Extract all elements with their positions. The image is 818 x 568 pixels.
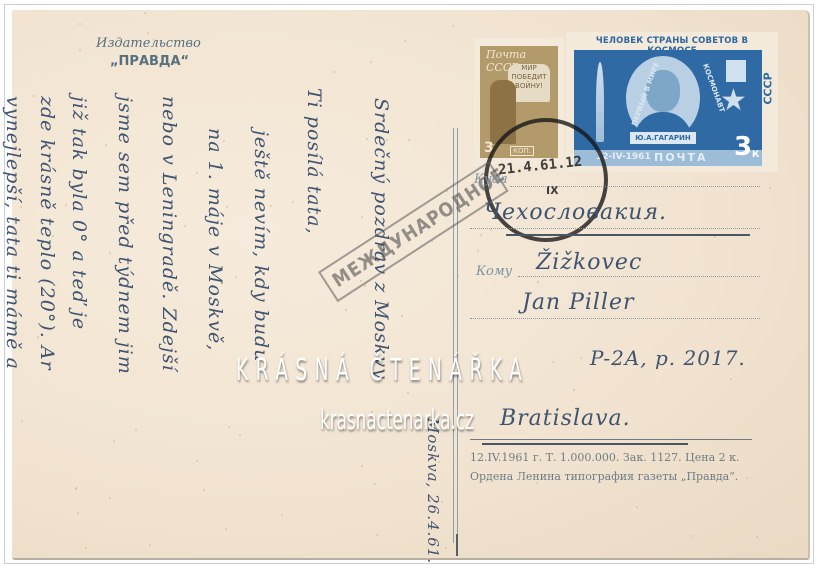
speck — [477, 250, 479, 252]
medal-ribbon-icon — [726, 60, 746, 82]
speck — [239, 434, 241, 436]
message-line: Ti posílá tata, — [303, 88, 325, 235]
speck — [445, 547, 447, 549]
divider-tick — [456, 534, 458, 556]
country-label: СССР — [762, 72, 775, 104]
speck — [235, 276, 237, 278]
gagarin-portrait — [626, 56, 700, 140]
message-line: ještě nevím, kdy budu — [250, 130, 272, 362]
message-line: vynejlepší, tata ti mámě a — [2, 96, 24, 370]
speck — [196, 172, 198, 174]
rocket-icon — [596, 62, 604, 142]
star-icon: ★ — [720, 86, 747, 116]
publisher-name: „ПРАВДА“ — [110, 54, 189, 69]
speck — [228, 426, 230, 428]
stamp-post-label: ПОЧТА — [654, 151, 707, 164]
panel-line: МИР — [508, 64, 550, 73]
speck — [756, 536, 758, 538]
speck — [408, 139, 410, 141]
speck — [361, 465, 363, 467]
speck — [361, 216, 363, 218]
name-banner: Ю.А.ГАГАРИН — [630, 132, 696, 144]
address-city: Bratislava. — [500, 406, 631, 431]
speck — [65, 204, 67, 206]
address-line — [470, 318, 760, 319]
message-line: jsme sem před týdnem jim — [114, 96, 136, 375]
speck — [746, 477, 748, 479]
speck — [75, 488, 77, 490]
watermark-title: KRÁSNÁ ČTENÁŘKA — [236, 353, 529, 388]
address-line — [518, 276, 760, 277]
speck — [370, 61, 372, 63]
speck — [636, 506, 638, 508]
gagarin-stamp-unit: К — [752, 150, 759, 160]
speck — [292, 201, 294, 203]
panel-line: ПОБЕДИТ — [508, 73, 550, 82]
imprint-line-1: 12.IV.1961 г. Т. 1.000.000. Зак. 1127. Ц… — [470, 451, 740, 464]
imprint-line-2: Ордена Ленина типография газеты „Правда“… — [470, 470, 738, 483]
message-line: na 1. máje v Moskvě, — [204, 128, 226, 351]
address-recipient: Jan Piller — [522, 290, 635, 315]
address-town: Žižkovec — [536, 250, 642, 275]
label-to: Кому — [476, 264, 512, 279]
label-where: Куда — [474, 172, 508, 187]
address-country: Чехословакия. — [484, 200, 667, 225]
speck — [366, 138, 368, 140]
speck — [333, 71, 335, 73]
gagarin-stamp-value: 3 — [734, 132, 752, 162]
speck — [85, 547, 87, 549]
speck — [480, 234, 482, 236]
address-line — [470, 439, 752, 440]
speck — [105, 144, 107, 146]
speck — [573, 389, 575, 391]
postmark-date: 21.4.61.12 — [497, 154, 583, 179]
address-underline — [482, 443, 688, 445]
address-line — [470, 228, 760, 229]
message-line: zde krásně teplo (20°). Ar — [36, 96, 58, 371]
speck — [149, 544, 151, 546]
speck — [692, 535, 694, 537]
watermark-site: krasnactenarka.cz — [320, 403, 474, 436]
message-line: již tak byla 0° a teď je — [68, 96, 90, 330]
speck — [184, 225, 186, 227]
address-street: P-2A, p. 2017. — [590, 346, 746, 370]
speck — [407, 392, 409, 394]
address-line — [510, 186, 760, 187]
address-underline — [506, 234, 750, 236]
message-line: nebo v Leningradě. Zdejší — [158, 96, 180, 372]
publisher-label: Издательство — [96, 36, 201, 51]
message-date: Moskva, 26.4.61. — [424, 418, 442, 564]
